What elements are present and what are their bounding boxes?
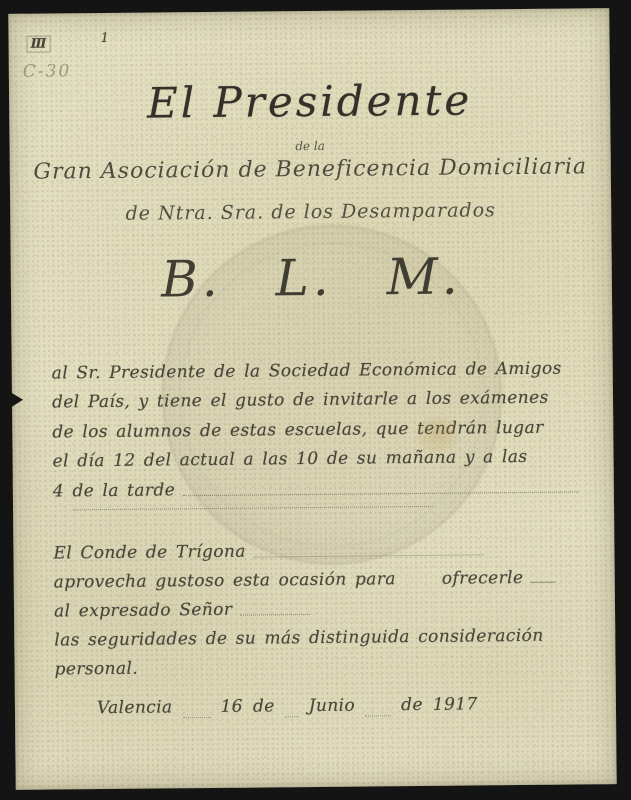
letterhead-title: El Presidente (9, 74, 610, 129)
body-line: el día 12 del actual a las 10 de su maña… (52, 438, 582, 473)
letterhead-org-line2: de Ntra. Sra. de los Desamparados (10, 198, 611, 226)
body-line: 4 de la tarde (53, 467, 583, 502)
body-line-text: de los alumnos de estas escuelas, que te… (52, 416, 544, 443)
handwritten-closing: El Conde de Trígona aprovecha gustoso es… (53, 530, 584, 680)
letterhead-of-the: de la (10, 136, 611, 156)
sender-name: El Conde de Trígona (53, 541, 246, 565)
paper-sheet: Ⅲ 1 C-30 El Presidente de la Gran Asocia… (8, 8, 616, 790)
closing-formula-2: ofrecerle (442, 567, 524, 590)
closing-formula-4: personal. (54, 658, 138, 681)
dotted-fill-line (183, 491, 579, 496)
dotted-fill-line (365, 697, 391, 716)
dotted-fill-line (182, 699, 210, 718)
letterhead: El Presidente de la Gran Asociación de B… (8, 8, 609, 14)
closing-formula-3: las seguridades de su más distinguida co… (54, 625, 544, 652)
dateline: Valencia 16 de Junio de 1917 (97, 693, 557, 719)
body-line: del País, y tiene el gusto de invitarle … (52, 379, 582, 414)
letterhead-org-line1: Gran Asociación de Beneficencia Domicili… (10, 154, 611, 185)
dotted-fill-line (240, 614, 310, 616)
dateline-sep2: de (401, 694, 423, 716)
closing-formula-1: aprovecha gustoso esta ocasión para (54, 568, 396, 593)
archival-box-mark: Ⅲ (26, 35, 50, 52)
dash-fill (529, 582, 555, 583)
closing-line: las seguridades de su más distinguida co… (54, 617, 584, 651)
handwritten-body: al Sr. Presidente de la Sociedad Económi… (52, 349, 583, 502)
paper-tear (10, 392, 23, 408)
dotted-fill-line (285, 698, 299, 717)
dateline-sep1: de (253, 695, 275, 717)
document-scan: Ⅲ 1 C-30 El Presidente de la Gran Asocia… (0, 0, 631, 800)
body-line-text: el día 12 del actual a las 10 de su maña… (52, 446, 527, 473)
salutation-blm: B. L. M. (11, 246, 613, 310)
dotted-fill-line (254, 554, 484, 557)
body-line: de los alumnos de estas escuelas, que te… (52, 408, 582, 443)
dateline-year: 1917 (433, 693, 478, 715)
dateline-city: Valencia (97, 696, 173, 719)
body-line-text: 4 de la tarde (53, 479, 175, 502)
closing-line: aprovecha gustoso esta ocasión para ofre… (54, 559, 584, 593)
body-line: al Sr. Presidente de la Sociedad Económi… (52, 349, 582, 384)
closing-line: personal. (54, 646, 584, 680)
dateline-month: Junio (309, 695, 356, 717)
addressee: al expresado Señor (54, 599, 232, 623)
archival-tick-mark: 1 (100, 31, 109, 46)
dateline-day: 16 (220, 696, 243, 718)
